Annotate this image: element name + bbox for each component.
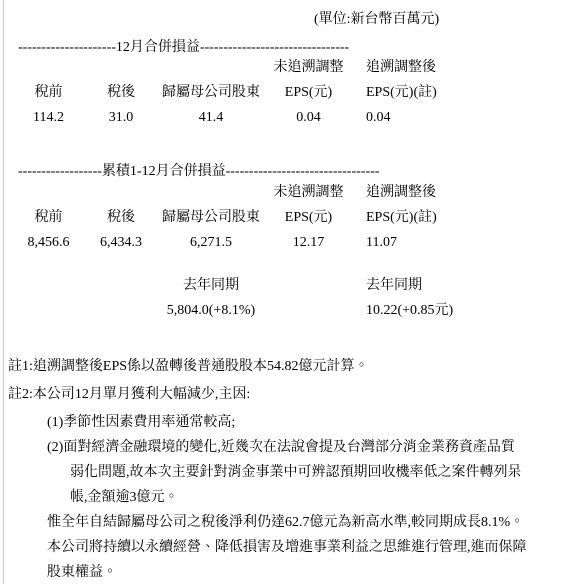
spacer-cell: [151, 180, 271, 205]
unit-label: (單位:新台幣百萬元): [314, 8, 439, 28]
column-header-parent-shareholders: 歸屬母公司股東: [151, 80, 271, 105]
column-header-parent-shareholders: 歸屬母公司股東: [151, 205, 271, 230]
summary-line-1: 惟全年自結歸屬母公司之稅後淨利仍達62.7億元為新高水準,較同期成長8.1%。: [47, 511, 524, 531]
last-year-comparison: 去年同期 去年同期 5,804.0(+8.1%) 10.22(+0.85元): [6, 273, 466, 323]
divider-dashes-left: ------------------: [18, 164, 102, 179]
header-unadjusted: 未追溯調整: [271, 55, 346, 80]
divider-dashes-right: ---------------------------------: [226, 164, 380, 179]
value-parent-shareholders: 41.4: [151, 105, 271, 130]
spacer-cell: [91, 298, 151, 323]
page-left-edge-line: [3, 0, 4, 584]
last-year-label-net: 去年同期: [151, 273, 271, 298]
header-adjusted: 追溯調整後: [346, 180, 466, 205]
value-pretax: 114.2: [6, 105, 91, 130]
spacer-cell: [6, 273, 91, 298]
cumulative-section-title: 累積1-12月合併損益: [102, 164, 226, 179]
header-unadjusted: 未追溯調整: [271, 180, 346, 205]
value-aftertax: 6,434.3: [91, 230, 151, 255]
note-2-item-1: (1)季節性因素費用率通常較高;: [47, 411, 235, 431]
note-2-item-2-line-1: (2)面對經濟金融環境的變化,近幾次在法說會提及台灣部分消金業務資產品質: [47, 436, 515, 456]
spacer-cell: [91, 55, 151, 80]
column-header-eps-adjusted: EPS(元)(註): [346, 80, 466, 105]
spacer-cell: [6, 298, 91, 323]
value-parent-shareholders: 6,271.5: [151, 230, 271, 255]
spacer-cell: [91, 273, 151, 298]
earnings-announcement-page: (單位:新台幣百萬元) ---------------------12月合併損益…: [0, 0, 571, 584]
column-header-aftertax: 稅後: [91, 205, 151, 230]
divider-dashes-left: ---------------------: [18, 40, 116, 55]
value-eps-unadjusted: 0.04: [271, 105, 346, 130]
cumulative-table: 未追溯調整 追溯調整後 稅前 稅後 歸屬母公司股東 EPS(元) EPS(元)(…: [6, 180, 466, 255]
note-2-item-2-line-2: 弱化問題,故本次主要針對消金事業中可辨認預期回收機率低之案件轉列呆: [70, 461, 522, 481]
december-section-divider: ---------------------12月合併損益------------…: [18, 36, 349, 56]
value-eps-adjusted: 0.04: [346, 105, 466, 130]
value-eps-adjusted: 11.07: [346, 230, 466, 255]
note-1: 註1:追溯調整後EPS係以盈轉後普通股股本54.82億元計算。: [8, 355, 369, 375]
value-eps-unadjusted: 12.17: [271, 230, 346, 255]
spacer-cell: [151, 55, 271, 80]
header-adjusted: 追溯調整後: [346, 55, 466, 80]
column-header-aftertax: 稅後: [91, 80, 151, 105]
value-aftertax: 31.0: [91, 105, 151, 130]
note-2-item-2-line-3: 帳,金額逾3億元。: [70, 486, 179, 506]
spacer-cell: [6, 180, 91, 205]
last-year-value-net: 5,804.0(+8.1%): [151, 298, 271, 323]
column-header-pretax: 稅前: [6, 205, 91, 230]
spacer-cell: [6, 55, 91, 80]
december-table: 未追溯調整 追溯調整後 稅前 稅後 歸屬母公司股東 EPS(元) EPS(元)(…: [6, 55, 466, 130]
value-pretax: 8,456.6: [6, 230, 91, 255]
december-section-title: 12月合併損益: [116, 40, 200, 55]
spacer-cell: [271, 273, 346, 298]
note-2: 註2:本公司12月單月獲利大幅減少,主因:: [8, 383, 250, 403]
divider-dashes-right: --------------------------------: [200, 40, 349, 55]
last-year-label-eps: 去年同期: [346, 273, 466, 298]
column-header-pretax: 稅前: [6, 80, 91, 105]
column-header-eps-unadjusted: EPS(元): [271, 80, 346, 105]
summary-line-3: 股東權益。: [47, 561, 117, 581]
spacer-cell: [271, 298, 346, 323]
column-header-eps-adjusted: EPS(元)(註): [346, 205, 466, 230]
cumulative-section-divider: ------------------累積1-12月合併損益-----------…: [18, 160, 379, 180]
summary-line-2: 本公司將持續以永續經營、降低損害及增進事業利益之思維進行管理,進而保障: [47, 536, 527, 556]
column-header-eps-unadjusted: EPS(元): [271, 205, 346, 230]
last-year-value-eps: 10.22(+0.85元): [346, 298, 466, 323]
spacer-cell: [91, 180, 151, 205]
